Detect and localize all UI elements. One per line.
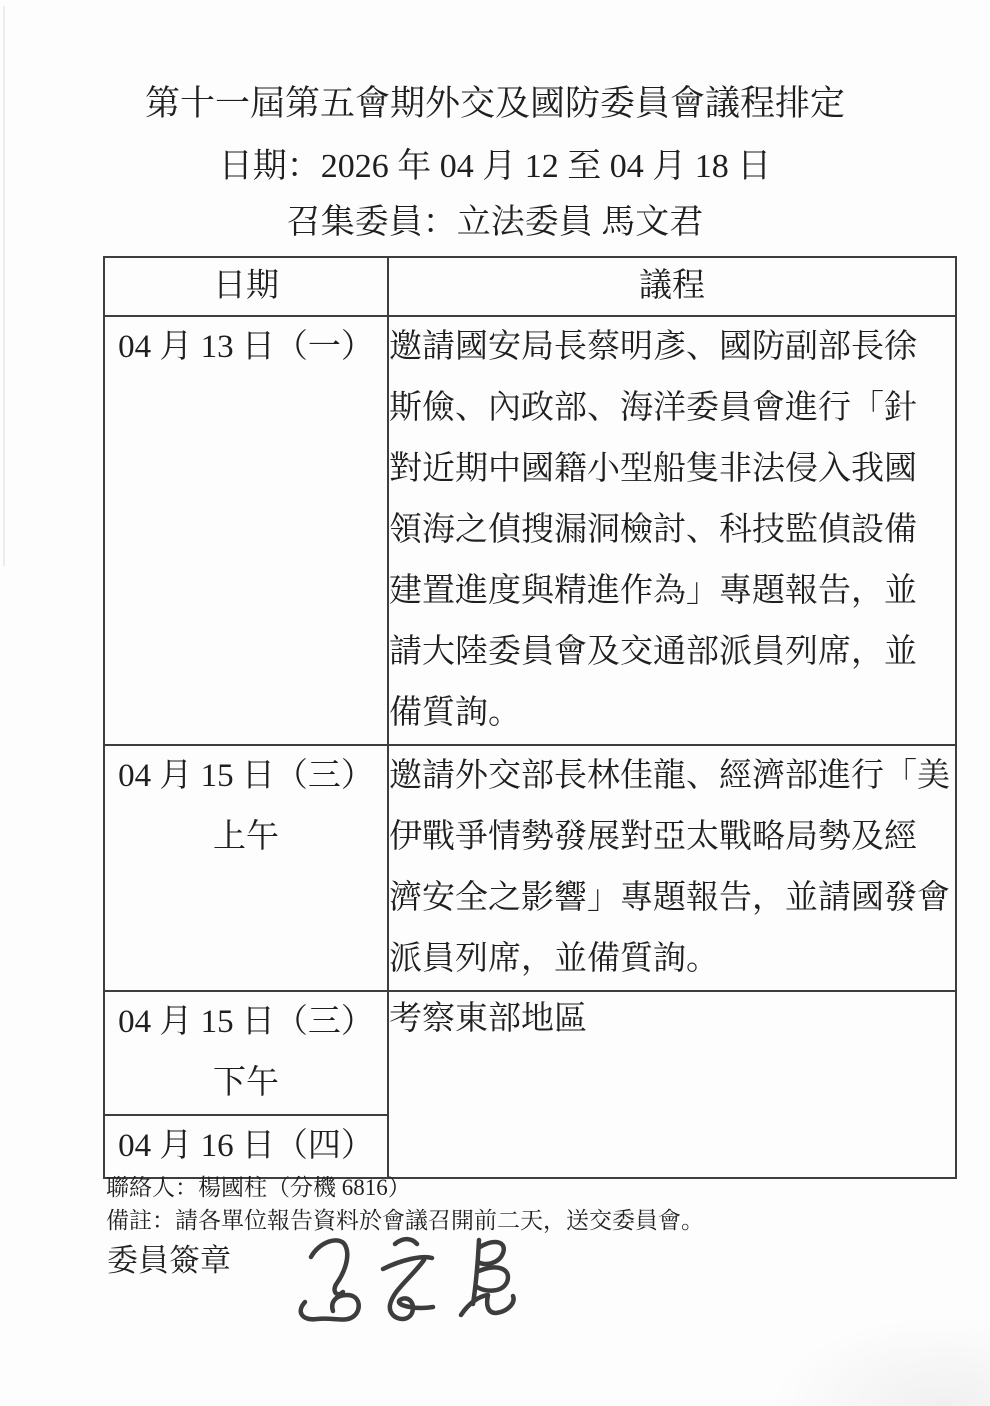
- document-title: 第十一屆第五會期外交及國防委員會議程排定: [0, 83, 990, 125]
- agenda-table: 日期 議程 04 月 13 日（一） 邀請國安局長蔡明彥、國防副部長徐斯儉、內政…: [103, 256, 957, 1179]
- scanned-agenda-document: 第十一屆第五會期外交及國防委員會議程排定 日期：2026 年 04 月 12 至…: [0, 0, 990, 1406]
- column-header-date: 日期: [104, 257, 388, 316]
- document-convener: 召集委員：立法委員 馬文君: [0, 203, 990, 243]
- date-cell-apr15-pm: 04 月 15 日（三）下午: [104, 991, 388, 1115]
- date-cell-apr16: 04 月 16 日（四）: [104, 1115, 388, 1178]
- table-row: 04 月 13 日（一） 邀請國安局長蔡明彥、國防副部長徐斯儉、內政部、海洋委員…: [104, 316, 956, 745]
- table-header-row: 日期 議程: [104, 257, 956, 316]
- table-row: 04 月 15 日（三）上午 邀請外交部長林佳龍、經濟部進行「美伊戰爭情勢發展對…: [104, 745, 956, 991]
- contact-person-line: 聯絡人：楊國柱（分機 6816）: [106, 1174, 411, 1202]
- date-cell-apr15-am: 04 月 15 日（三）上午: [104, 745, 388, 991]
- date-cell-apr13: 04 月 13 日（一）: [104, 316, 388, 745]
- document-date-range: 日期：2026 年 04 月 12 至 04 月 18 日: [0, 147, 990, 187]
- table-row: 04 月 15 日（三）下午 考察東部地區: [104, 991, 956, 1115]
- handwritten-signature: [283, 1226, 543, 1356]
- agenda-cell-field-trip: 考察東部地區: [388, 991, 956, 1178]
- signature-label: 委員簽章: [107, 1242, 231, 1280]
- agenda-cell-apr15-am: 邀請外交部長林佳龍、經濟部進行「美伊戰爭情勢發展對亞太戰略局勢及經濟安全之影響」…: [388, 745, 956, 991]
- agenda-cell-apr13: 邀請國安局長蔡明彥、國防副部長徐斯儉、內政部、海洋委員會進行「針對近期中國籍小型…: [388, 316, 956, 745]
- scan-artifact-smudge: [770, 1316, 990, 1406]
- column-header-agenda: 議程: [388, 257, 956, 316]
